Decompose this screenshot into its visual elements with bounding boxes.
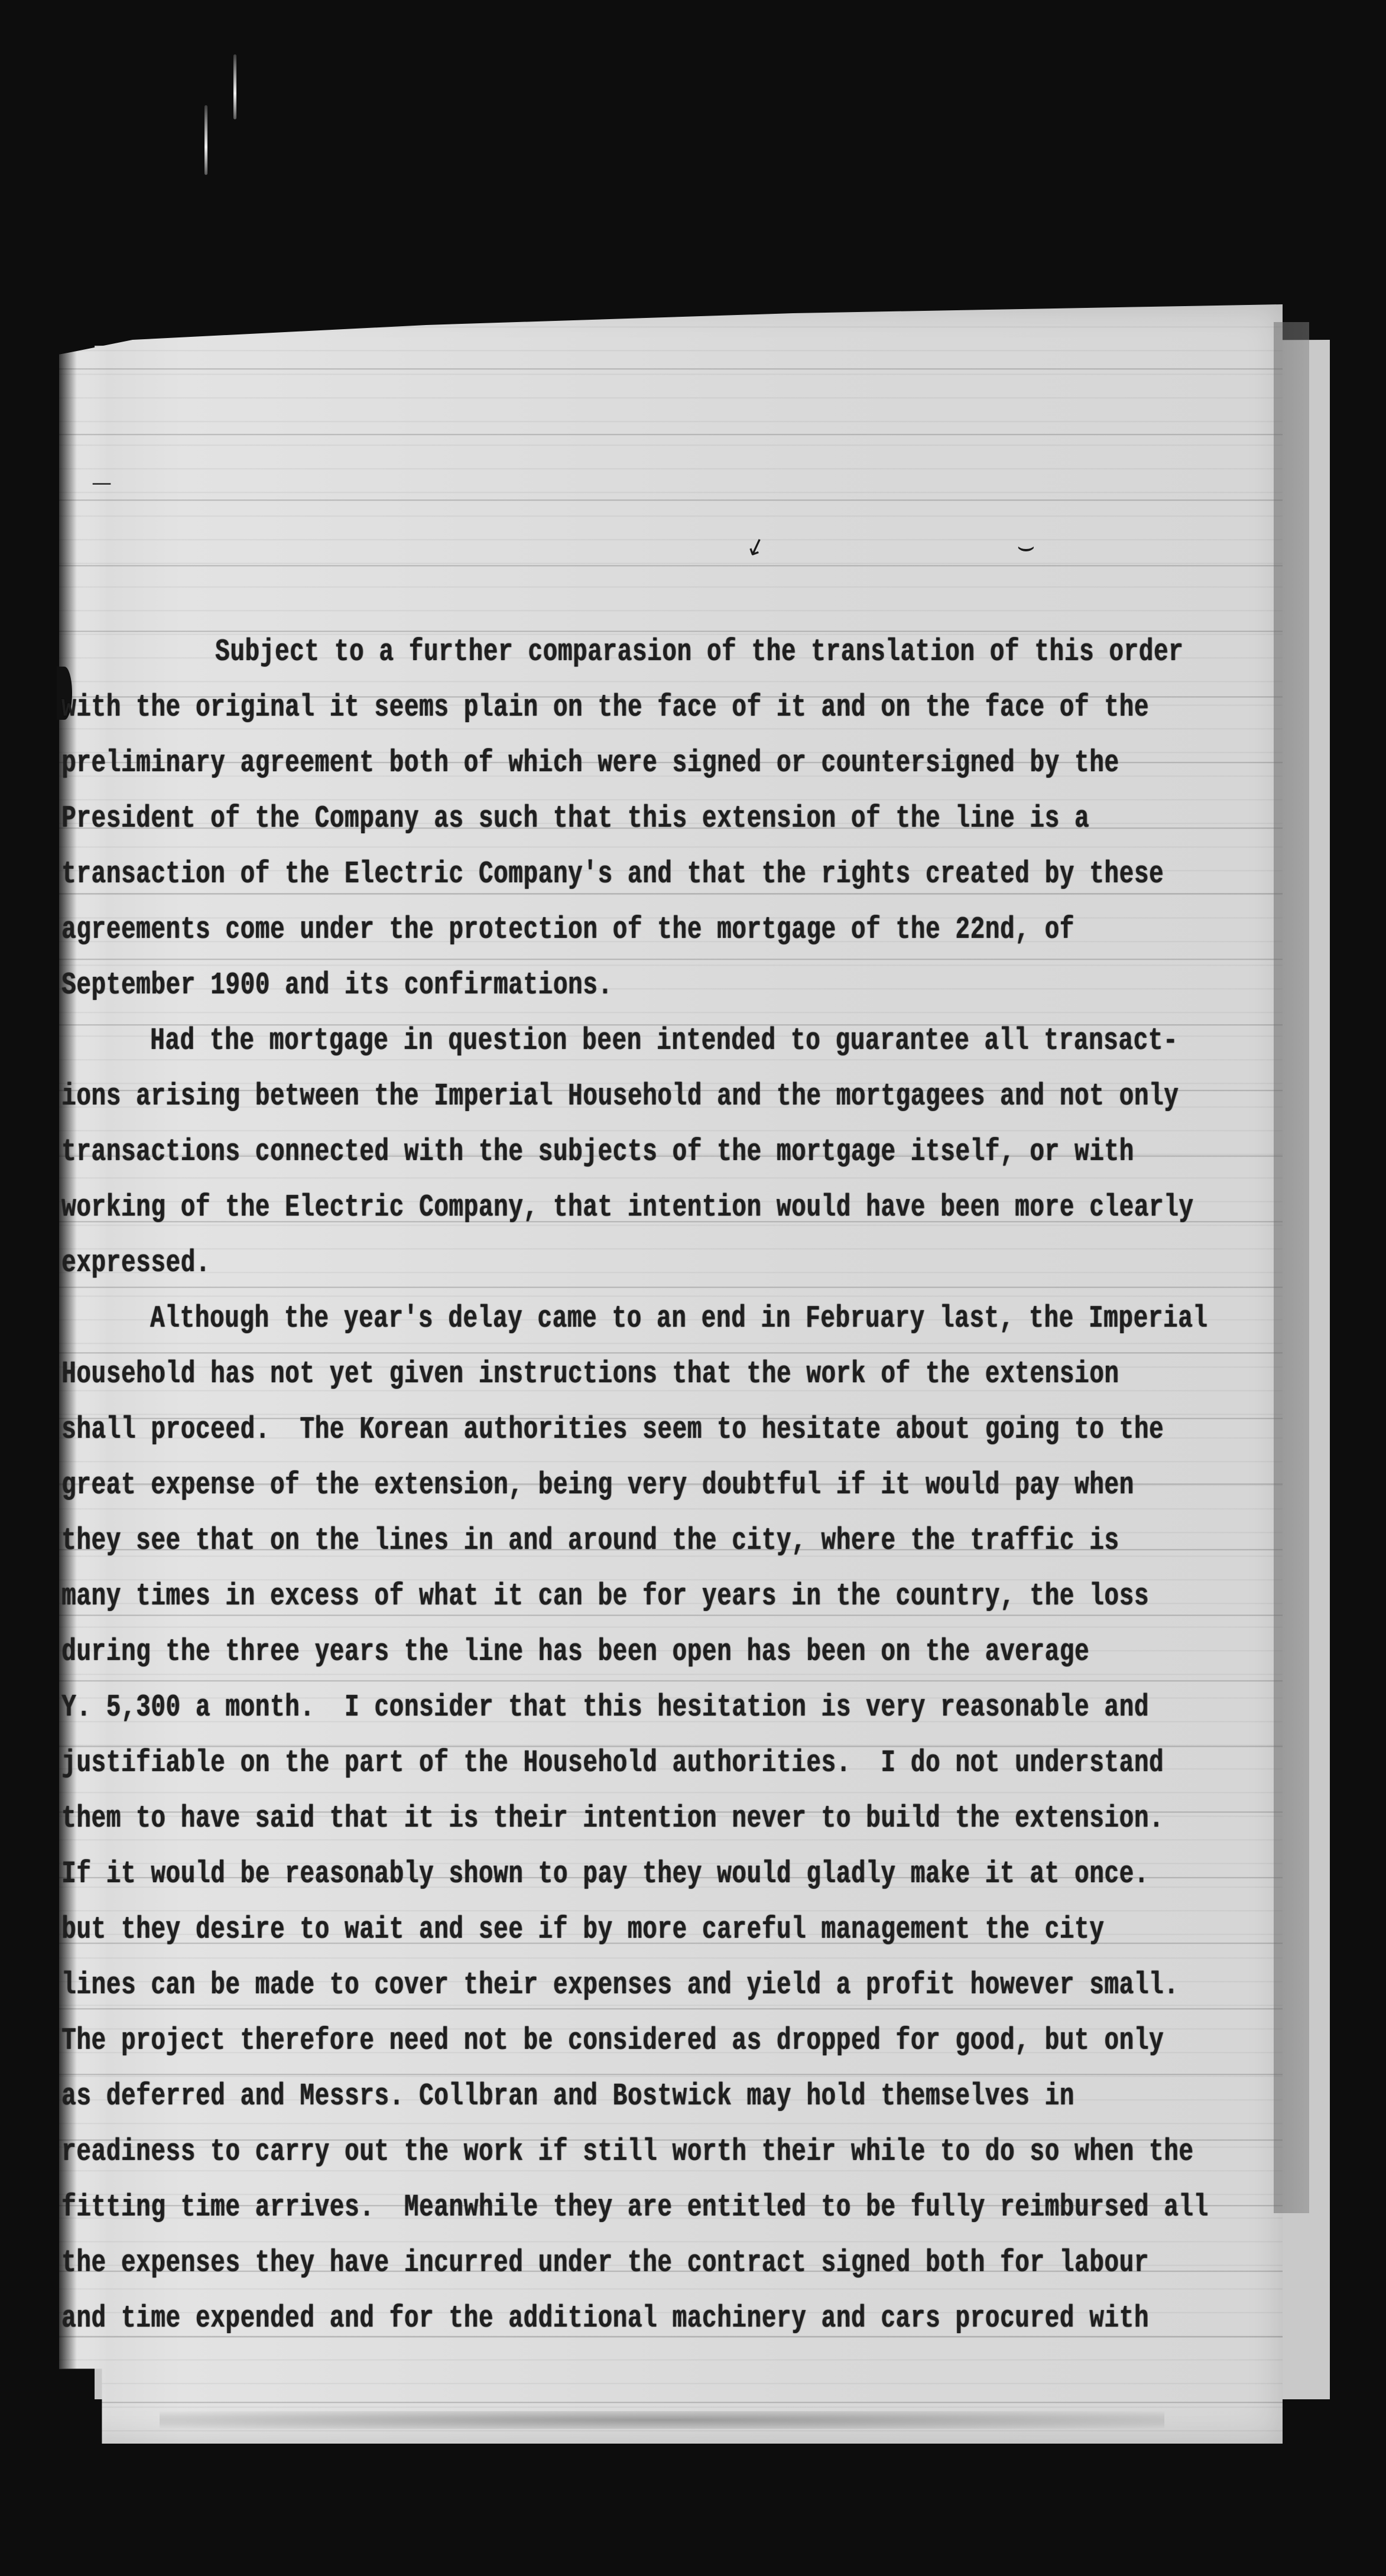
typed-body-text: Subject to a further comparasion of the … [61, 625, 1291, 2347]
film-scratch-streak [205, 105, 207, 175]
page-fold-shadow [160, 2411, 1164, 2429]
pencil-check-mark: ⌣ [1017, 532, 1036, 560]
text-line: and time expended and for the additional… [61, 2283, 1291, 2354]
pencil-dash-mark: — [92, 473, 112, 493]
film-scratch-streak [233, 54, 236, 119]
